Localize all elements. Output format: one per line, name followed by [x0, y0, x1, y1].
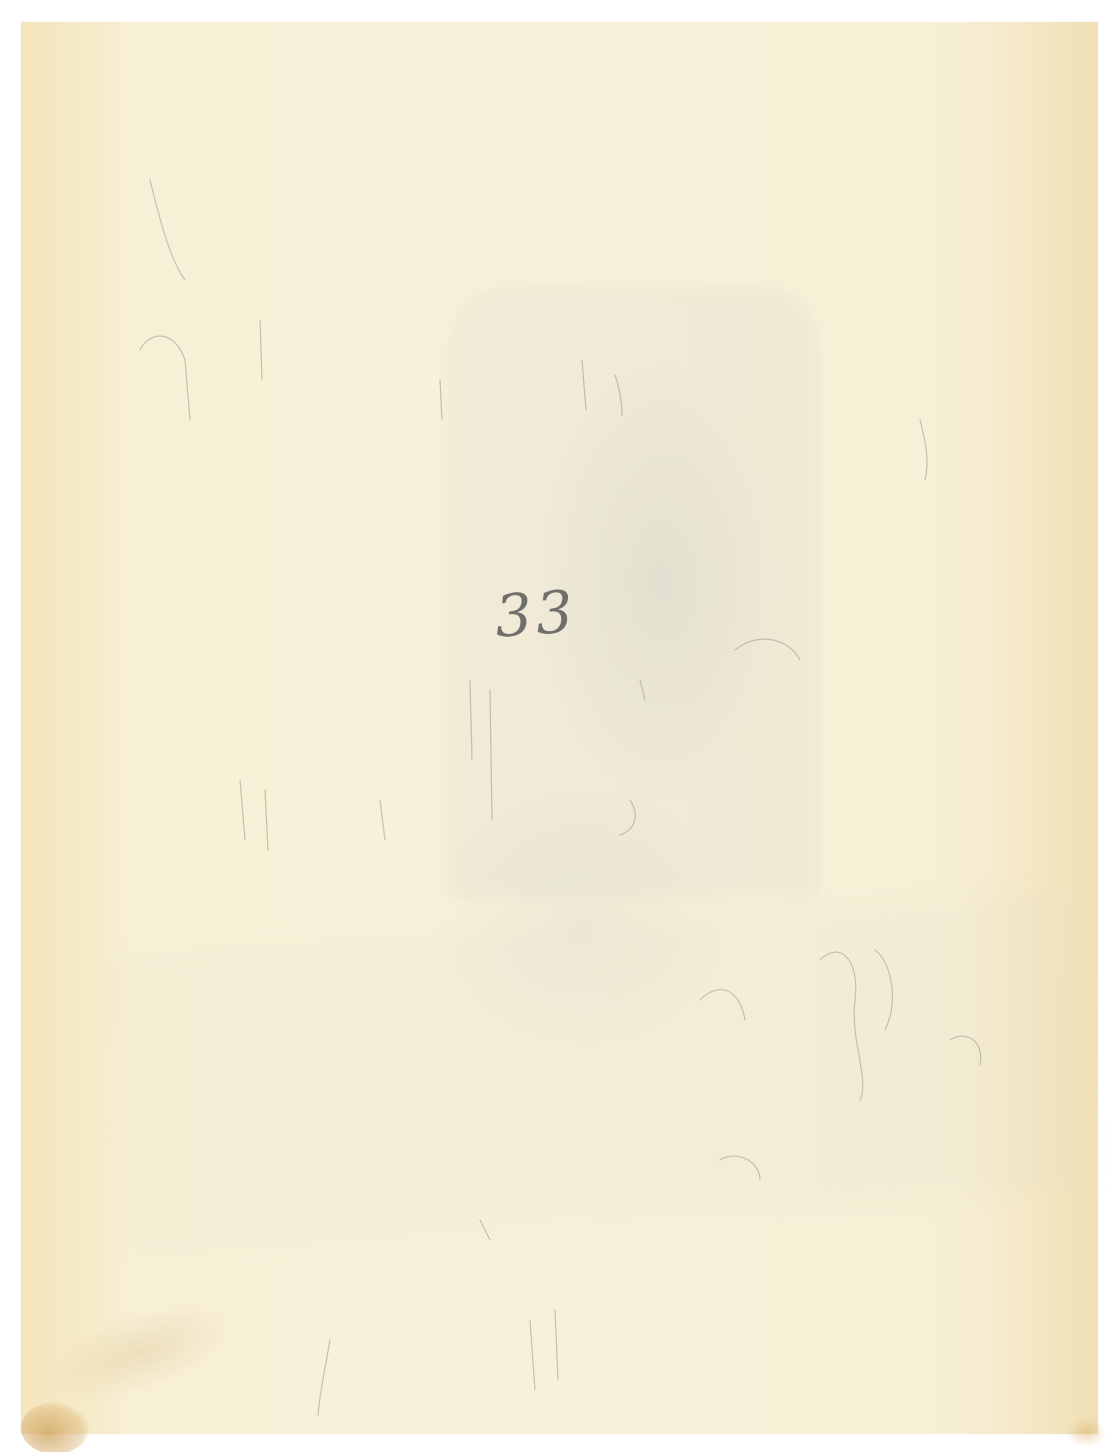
paper-sheet	[21, 22, 1098, 1434]
bleed-through-band	[112, 889, 1091, 1255]
corner-stain	[21, 1402, 89, 1452]
handwritten-page-number: 33	[493, 577, 579, 651]
corner-stain-bottom-right	[1066, 1417, 1106, 1447]
foxing-speckle	[34, 1283, 249, 1421]
